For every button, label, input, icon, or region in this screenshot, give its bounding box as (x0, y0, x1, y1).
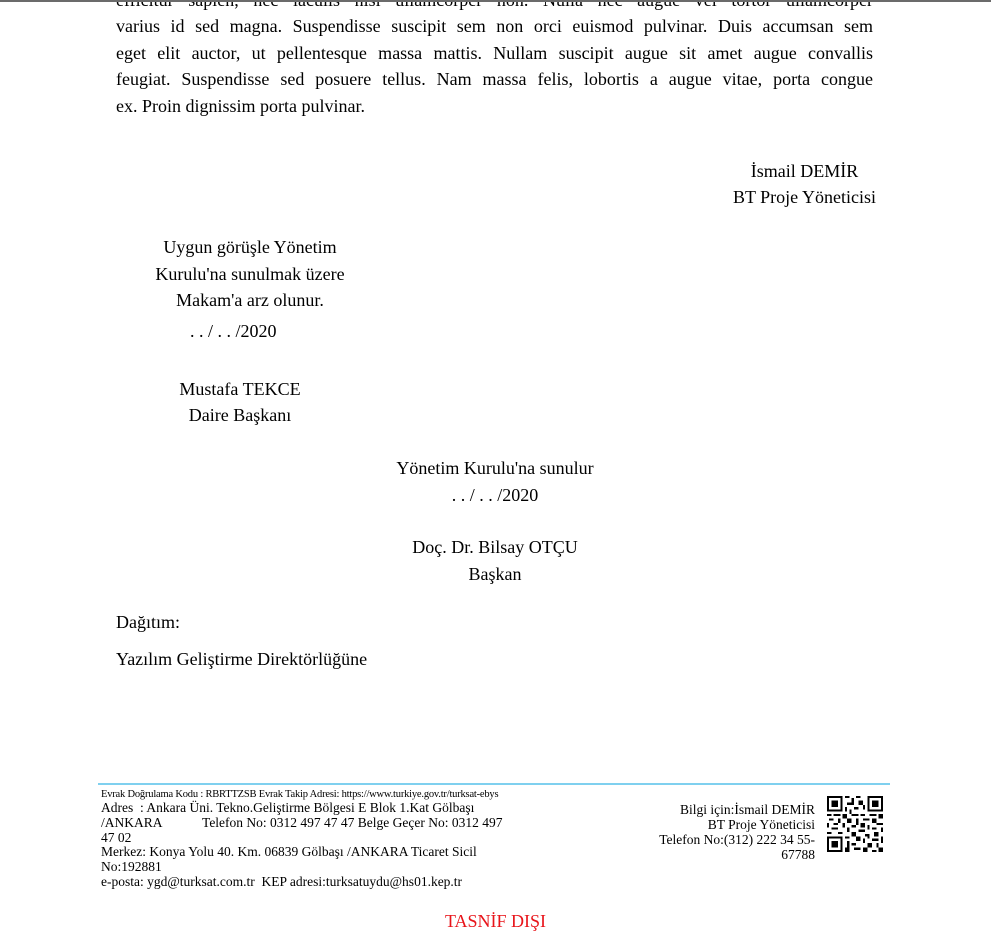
distribution-item: Yazılım Geliştirme Direktörlüğüne (116, 646, 367, 672)
department-head-name: Mustafa TEKCE (140, 376, 340, 402)
page-top-edge (0, 0, 991, 2)
president-name: Doç. Dr. Bilsay OTÇU (345, 534, 645, 561)
footer-contact-line: BT Proje Yöneticisi (625, 817, 815, 832)
approval-line: Makam'a arz olunur. (120, 287, 380, 314)
body-line: efficitur sapien, nec iaculis nisi ullam… (116, 0, 873, 13)
footer-address-line: e-posta: ygd@turksat.com.tr KEP adresi:t… (101, 875, 561, 890)
classification-label: TASNİF DIŞI (0, 910, 991, 932)
body-line: varius id sed magna. Suspendisse suscipi… (116, 13, 873, 39)
footer-address: Adres : Ankara Üni. Tekno.Geliştirme Böl… (101, 801, 561, 890)
body-line: ex. Proin dignissim porta pulvinar. (116, 93, 873, 119)
footer-address-line: 47 02 (101, 831, 561, 846)
signer-name: İsmail DEMİR (733, 158, 876, 184)
department-head-block: Mustafa TEKCE Daire Başkanı (140, 376, 340, 428)
footer-contact: Bilgi için:İsmail DEMİR BT Proje Yönetic… (625, 802, 815, 862)
footer-contact-line: Bilgi için:İsmail DEMİR (625, 802, 815, 817)
footer-contact-line: Telefon No:(312) 222 34 55- (625, 832, 815, 847)
approval-line: Kurulu'na sunulmak üzere (120, 261, 380, 288)
document-page: efficitur sapien, nec iaculis nisi ullam… (0, 0, 991, 937)
signer-block: İsmail DEMİR BT Proje Yöneticisi (733, 158, 876, 210)
signer-title: BT Proje Yöneticisi (733, 184, 876, 210)
footer-address-line: Merkez: Konya Yolu 40. Km. 06839 Gölbaşı… (101, 845, 561, 860)
body-line: eget elit auctor, ut pellentesque massa … (116, 40, 873, 66)
qr-code-icon (827, 796, 883, 852)
approval-block: Uygun görüşle Yönetim Kurulu'na sunulmak… (120, 234, 380, 314)
footer-address-line: Adres : Ankara Üni. Tekno.Geliştirme Böl… (101, 801, 561, 816)
president-block: Doç. Dr. Bilsay OTÇU Başkan (345, 534, 645, 587)
department-head-title: Daire Başkanı (140, 402, 340, 428)
footer-address-line: No:192881 (101, 860, 561, 875)
board-submission-date: . . / . . /2020 (345, 482, 645, 509)
distribution-label: Dağıtım: (116, 609, 180, 635)
footer-divider (98, 783, 890, 785)
body-paragraph: efficitur sapien, nec iaculis nisi ullam… (116, 0, 873, 119)
approval-line: Uygun görüşle Yönetim (120, 234, 380, 261)
president-title: Başkan (345, 561, 645, 588)
footer-address-line: /ANKARA Telefon No: 0312 497 47 47 Belge… (101, 816, 561, 831)
board-submission-block: Yönetim Kurulu'na sunulur . . / . . /202… (345, 455, 645, 509)
body-line: feugiat. Suspendisse sed posuere tellus.… (116, 66, 873, 92)
footer-contact-line: 67788 (625, 847, 815, 862)
approval-date: . . / . . /2020 (190, 318, 277, 344)
board-submission-text: Yönetim Kurulu'na sunulur (345, 455, 645, 482)
